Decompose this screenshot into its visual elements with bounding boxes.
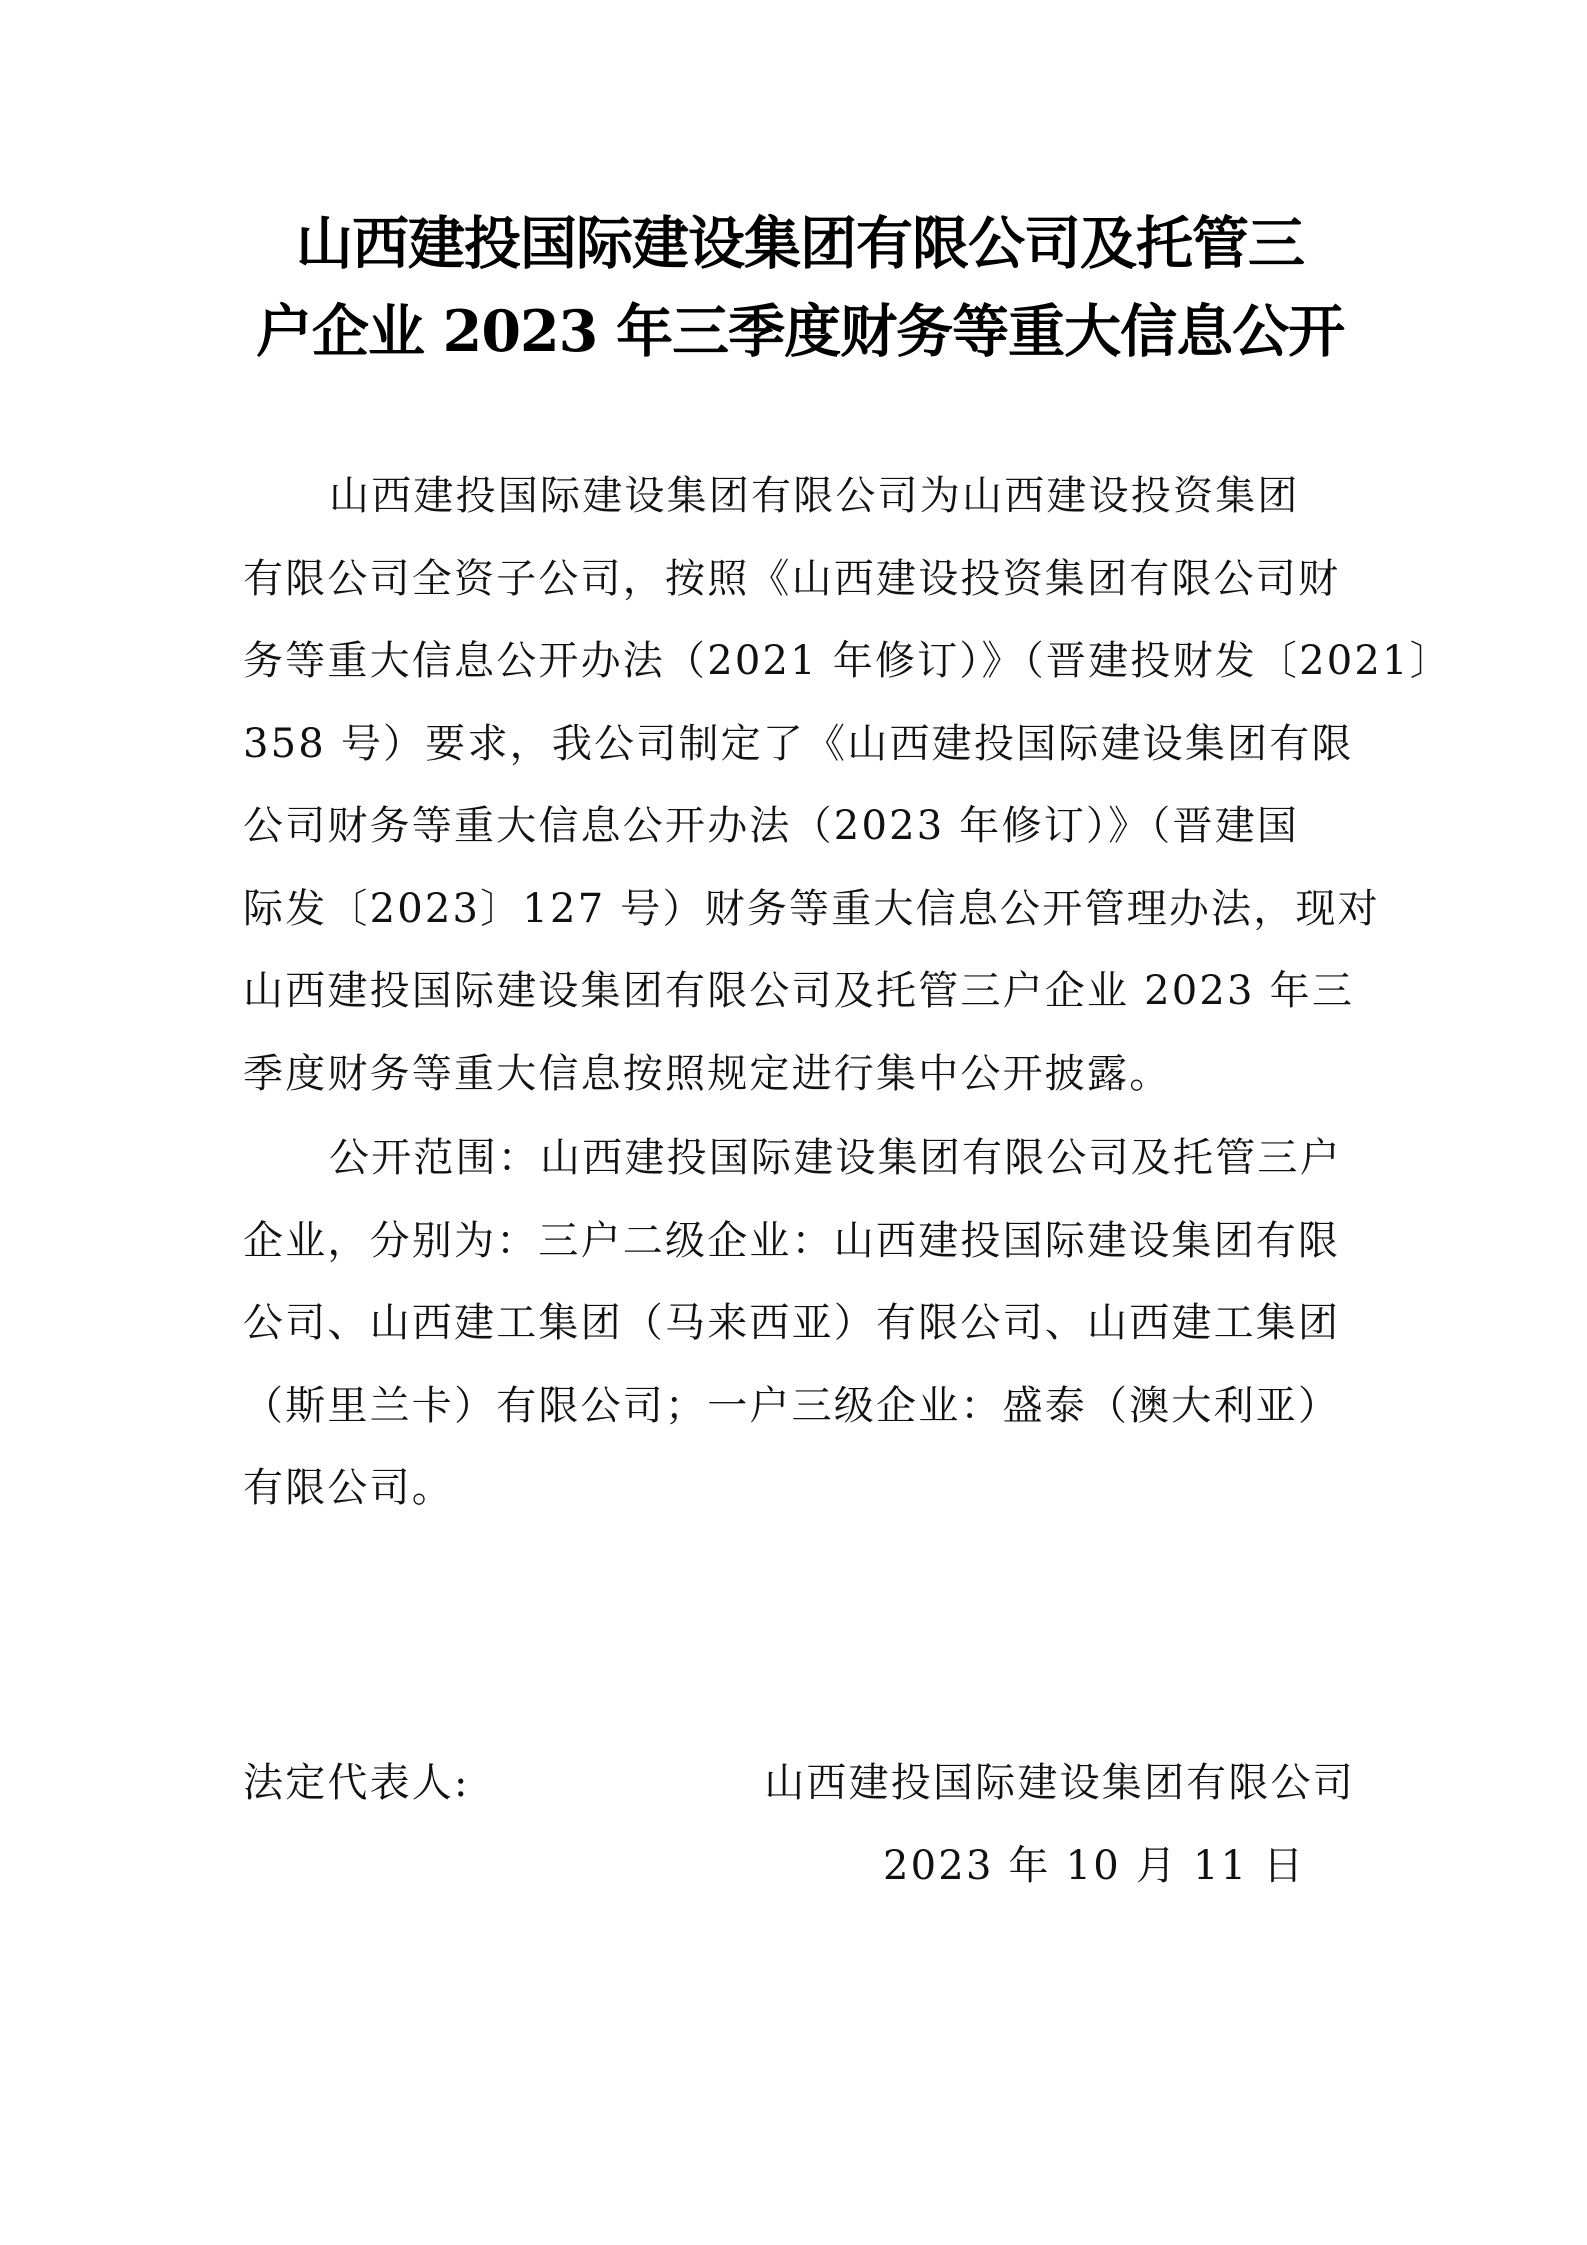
paragraph-line: 公司、山西建工集团（马来西亚）有限公司、山西建工集团 — [243, 1282, 1355, 1365]
legal-representative-label: 法定代表人: — [243, 1742, 470, 1825]
paragraph-line: 公司财务等重大信息公开办法（2023 年修订）》（晋建国 — [243, 785, 1355, 868]
document-page: 山西建投国际建设集团有限公司及托管三 户企业 2023 年三季度财务等重大信息公… — [0, 0, 1587, 2245]
paragraph-intro: 山西建投国际建设集团有限公司为山西建设投资集团 有限公司全资子公司，按照《山西建… — [243, 455, 1355, 1115]
paragraph-line: 有限公司全资子公司，按照《山西建设投资集团有限公司财 — [243, 538, 1355, 621]
signature-block: 法定代表人: 山西建投国际建设集团有限公司 2023 年 10 月 11 日 — [243, 1742, 1355, 1907]
paragraph-line: 际发〔2023〕127 号）财务等重大信息公开管理办法，现对 — [243, 868, 1355, 951]
paragraph-line: 企业，分别为：三户二级企业：山西建投国际建设集团有限 — [243, 1200, 1355, 1283]
paragraph-line: 季度财务等重大信息按照规定进行集中公开披露。 — [243, 1033, 1355, 1116]
paragraph-line: 务等重大信息公开办法（2021 年修订）》（晋建投财发〔2021〕 — [243, 620, 1355, 703]
paragraph-line: 358 号）要求，我公司制定了《山西建投国际建设集团有限 — [243, 703, 1355, 786]
signature-date-row: 2023 年 10 月 11 日 — [243, 1825, 1355, 1908]
paragraph-line: 山西建投国际建设集团有限公司为山西建设投资集团 — [243, 455, 1355, 538]
paragraph-line: 有限公司。 — [243, 1447, 1355, 1530]
paragraph-line: 公开范围：山西建投国际建设集团有限公司及托管三户 — [243, 1117, 1355, 1200]
signing-company: 山西建投国际建设集团有限公司 — [764, 1742, 1355, 1825]
title-line-2: 户企业 2023 年三季度财务等重大信息公开 — [240, 288, 1360, 376]
signing-date: 2023 年 10 月 11 日 — [883, 1843, 1305, 1889]
signature-row: 法定代表人: 山西建投国际建设集团有限公司 — [243, 1742, 1355, 1825]
title-line-1: 山西建投国际建设集团有限公司及托管三 — [240, 200, 1360, 288]
paragraph-line: 山西建投国际建设集团有限公司及托管三户企业 2023 年三 — [243, 950, 1355, 1033]
paragraph-scope: 公开范围：山西建投国际建设集团有限公司及托管三户 企业，分别为：三户二级企业：山… — [243, 1117, 1355, 1530]
paragraph-line: （斯里兰卡）有限公司；一户三级企业：盛泰（澳大利亚） — [243, 1365, 1355, 1448]
document-title: 山西建投国际建设集团有限公司及托管三 户企业 2023 年三季度财务等重大信息公… — [240, 200, 1360, 376]
